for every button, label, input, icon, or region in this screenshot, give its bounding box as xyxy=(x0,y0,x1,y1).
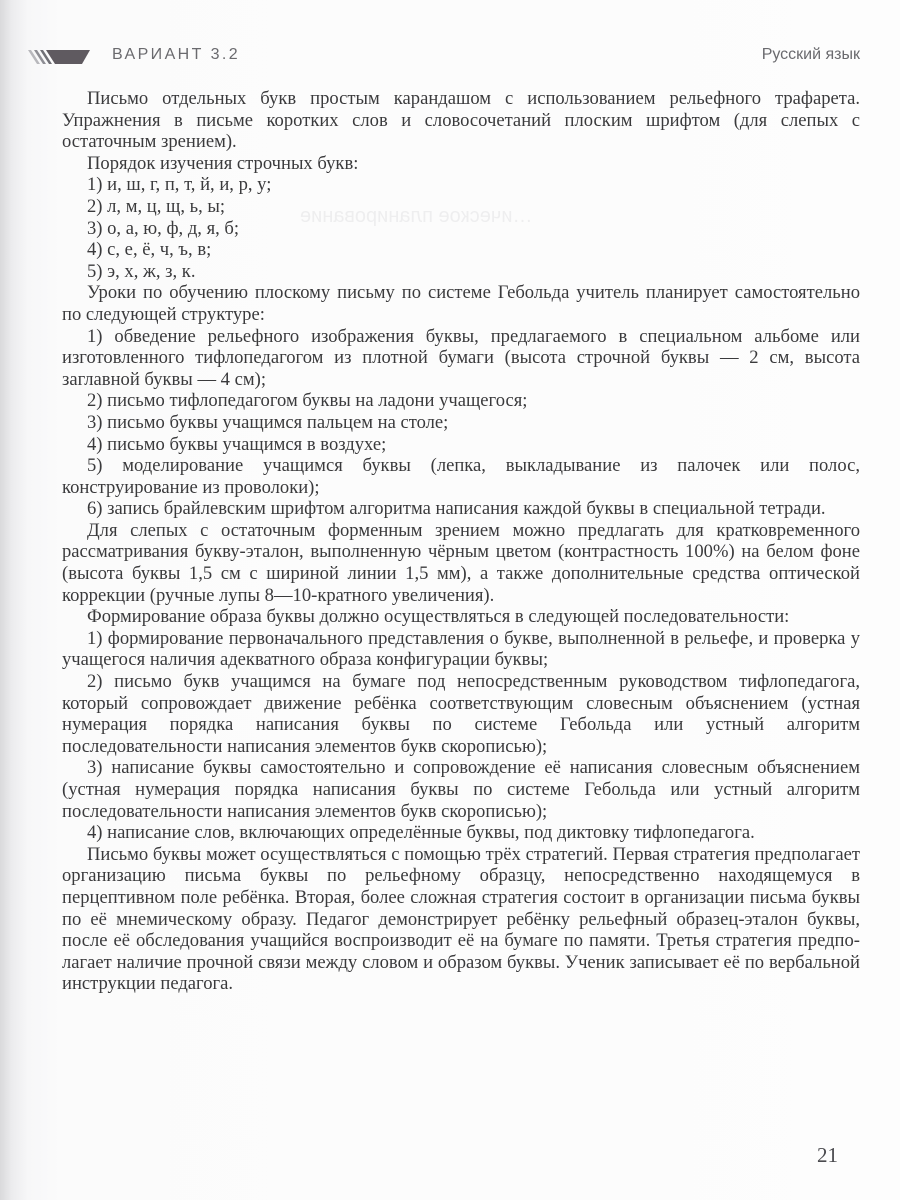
paragraph: Письмо буквы может осуществляться с помо… xyxy=(62,844,860,995)
paragraph: Формирование образа буквы должно осущест… xyxy=(62,606,860,628)
page-number: 21 xyxy=(817,1143,838,1168)
sequence-item: 4) написание слов, включающих определённ… xyxy=(62,822,860,844)
structure-item: 2) письмо тифлопедагогом буквы на ладони… xyxy=(62,390,860,412)
paragraph: Письмо отдельных букв простым карандашом… xyxy=(62,88,860,153)
subject-label: Русский язык xyxy=(762,46,860,64)
sequence-item: 1) формирование первоначального представ… xyxy=(62,628,860,671)
letter-order-item: 3) о, а, ю, ф, д, я, б; xyxy=(62,218,860,240)
running-header: ВАРИАНТ 3.2 Русский язык xyxy=(0,40,900,70)
paragraph: Для слепых с остаточным форменным зрение… xyxy=(62,520,860,606)
sequence-item: 3) написание буквы самостоятельно и сопр… xyxy=(62,757,860,822)
page-body: Письмо отдельных букв простым карандашом… xyxy=(62,88,860,995)
letter-order-item: 1) и, ш, г, п, т, й, и, р, у; xyxy=(62,174,860,196)
structure-item: 1) обведение рельефного изображения букв… xyxy=(62,326,860,391)
structure-item: 3) письмо буквы учащимся пальцем на стол… xyxy=(62,412,860,434)
sequence-item: 2) письмо букв учащимся на бумаге под не… xyxy=(62,671,860,757)
paragraph: Уроки по обучению плоскому письму по сис… xyxy=(62,282,860,325)
structure-item: 5) моделирование учащимся буквы (лепка, … xyxy=(62,455,860,498)
letter-order-item: 5) э, х, ж, з, к. xyxy=(62,261,860,283)
letter-order-item: 4) с, е, ё, ч, ъ, в; xyxy=(62,239,860,261)
variant-label: ВАРИАНТ 3.2 xyxy=(112,46,240,64)
structure-item: 6) запись брайлевским шрифтом алгоритма … xyxy=(62,498,860,520)
letter-order-item: 2) л, м, ц, щ, ь, ы; xyxy=(62,196,860,218)
paragraph: Порядок изучения строчных букв: xyxy=(62,153,860,175)
structure-item: 4) письмо буквы учащимся в воздухе; xyxy=(62,434,860,456)
chevron-stripes-icon xyxy=(28,50,90,64)
